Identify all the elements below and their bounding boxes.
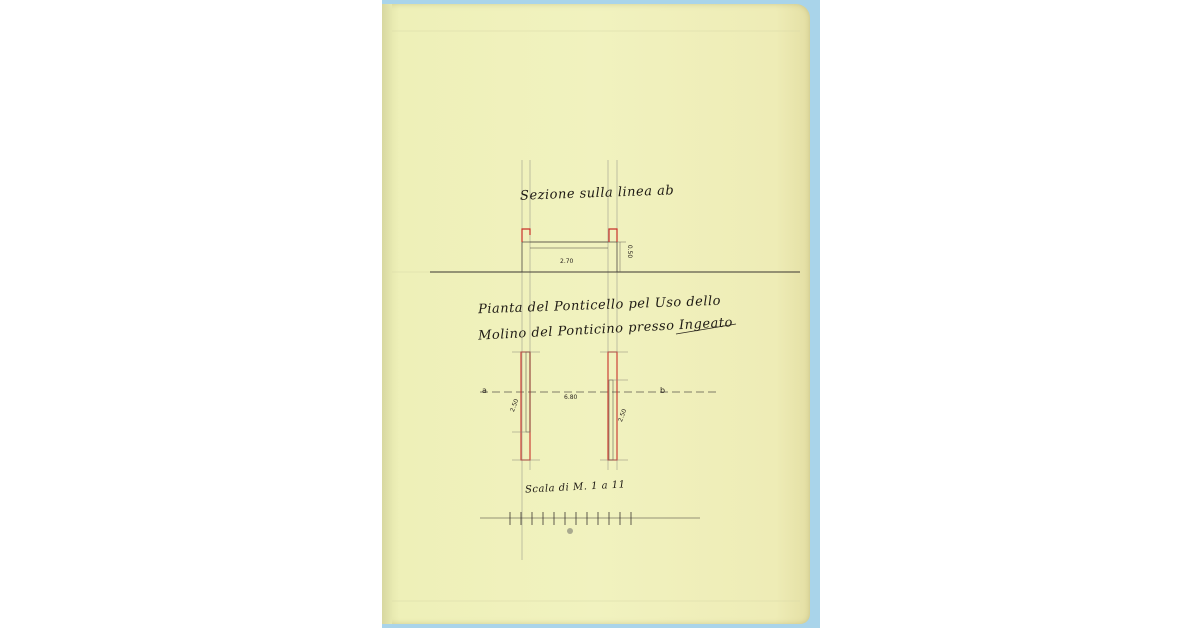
plan-span-label: 6.80 (564, 394, 577, 401)
ruled-lines (392, 31, 800, 601)
section-height-label: 0.50 (626, 245, 633, 258)
axis-label-b: b (660, 386, 665, 395)
technical-drawing (0, 0, 1200, 628)
ink-spot (567, 528, 573, 534)
axis-label-a: a (482, 386, 487, 395)
scale-bar (480, 512, 700, 525)
construction-lines (522, 160, 617, 560)
section-drawing (430, 229, 800, 272)
section-width-label: 2.70 (560, 258, 573, 265)
